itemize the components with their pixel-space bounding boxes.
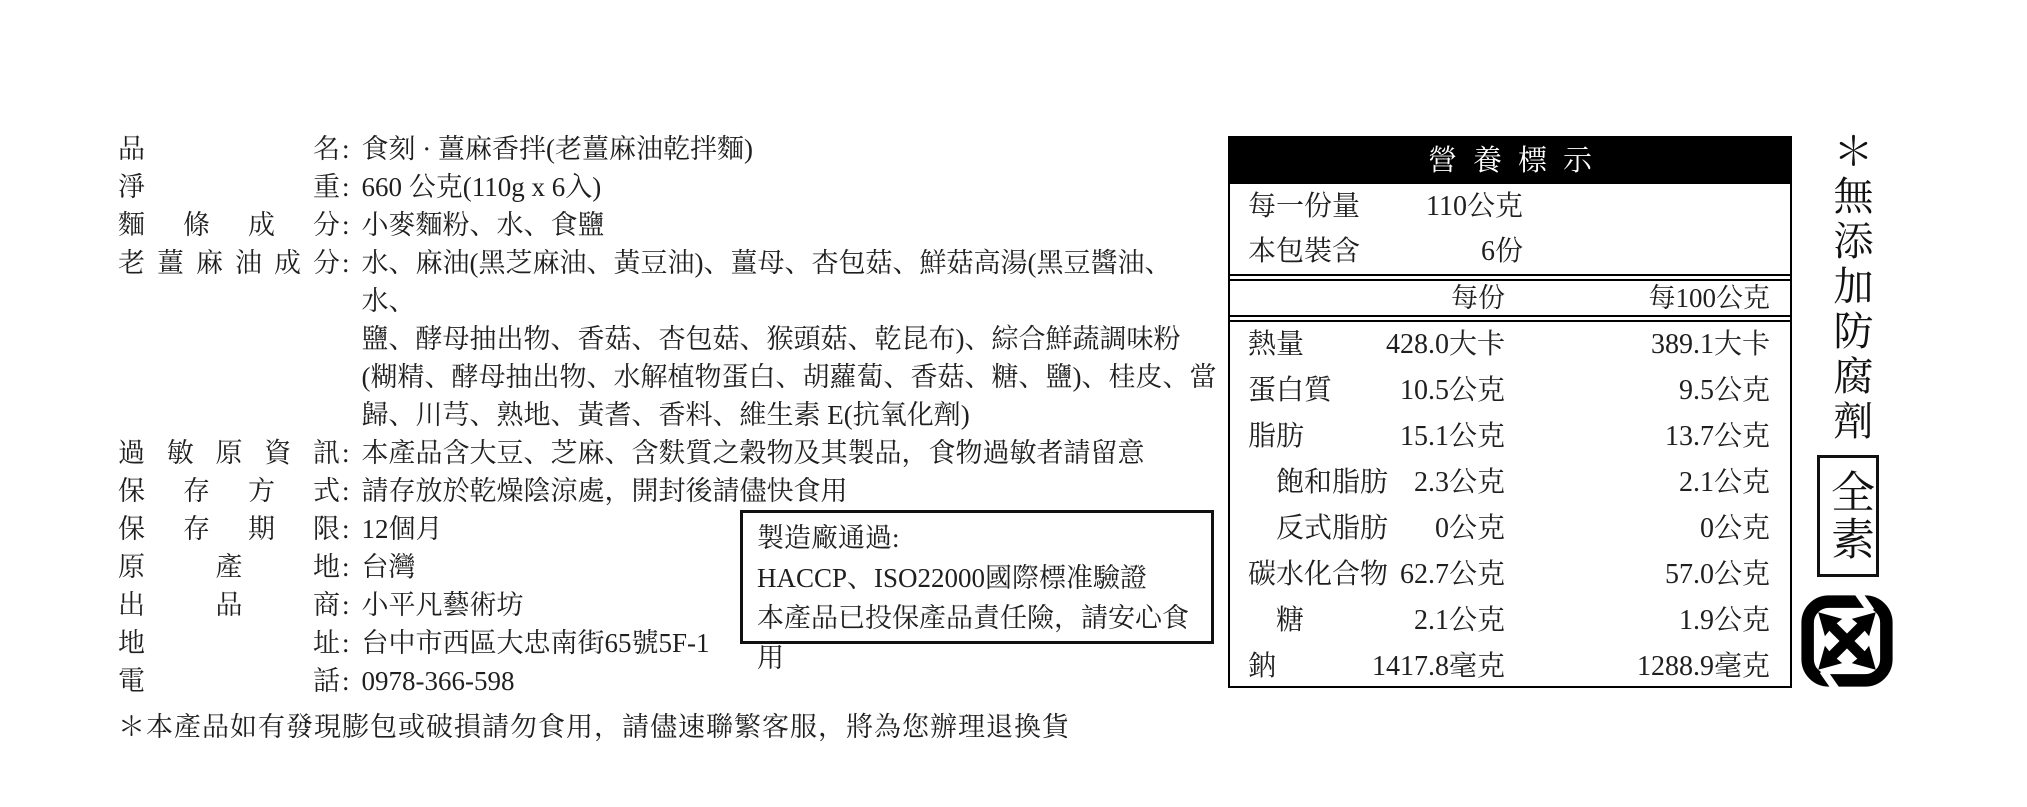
nutrient-per-serving: 62.7公克: [1400, 552, 1505, 598]
field-value: 台中市西區大忠南街65號5F-1: [362, 624, 710, 662]
field-value: 水、麻油(黑芝麻油、黃豆油)、薑母、杏包菇、鮮菇高湯(黑豆醬油、水、 鹽、酵母抽…: [362, 244, 1218, 434]
field-value: 台灣: [362, 548, 416, 586]
field-colon: :: [340, 434, 362, 472]
cert-line-standards: HACCP、ISO22000國際標准驗證: [757, 558, 1197, 598]
nutrient-per-serving: 15.1公克: [1400, 414, 1505, 460]
field-label: 麵條成分: [118, 206, 340, 244]
nutrient-per-100g: 0公克: [1700, 506, 1770, 552]
field-value: 請存放於乾燥陰涼處，開封後請儘快食用: [362, 472, 848, 510]
vegan-badge-text: 全素: [1816, 469, 1880, 563]
nutrient-per-100g: 13.7公克: [1665, 414, 1770, 460]
taiwan-recycling-icon: [1799, 593, 1895, 689]
field-colon: :: [340, 624, 362, 662]
nutrient-row-carbohydrate: 碳水化合物 62.7公克 57.0公克: [1230, 552, 1790, 598]
nutrition-title: 營養標示: [1230, 138, 1790, 184]
field-colon: :: [340, 244, 362, 282]
nutrient-name: 飽和脂肪: [1276, 460, 1388, 506]
col-header-per-serving: 每份: [1451, 281, 1505, 315]
col-header-per-100g: 每100公克: [1649, 281, 1771, 315]
field-label: 過敏原資訊: [118, 434, 340, 472]
field-colon: :: [340, 548, 362, 586]
field-value: 本產品含大豆、芝麻、含麩質之穀物及其製品，食物過敏者請留意: [362, 434, 1145, 472]
field-value: 12個月: [362, 510, 443, 548]
nutrient-per-serving: 1417.8毫克: [1372, 644, 1505, 690]
nutrient-name: 脂肪: [1248, 414, 1304, 460]
field-allergen-info: 過敏原資訊:本產品含大豆、芝麻、含麩質之穀物及其製品，食物過敏者請留意: [118, 434, 1218, 472]
nutrient-name: 糖: [1276, 598, 1304, 644]
field-value: 0978-366-598: [362, 662, 515, 700]
field-colon: :: [340, 130, 362, 168]
nutrient-per-100g: 57.0公克: [1665, 552, 1770, 598]
nutrition-table: 營養標示 每一份量 110公克 本包裝含 6份 每份 每100公克 熱量 428…: [1228, 136, 1792, 688]
servings-per-pack-label: 本包裝含: [1248, 229, 1360, 274]
field-net-weight: 淨重:660 公克(110g x 6入): [118, 168, 1218, 206]
table-divider: [1230, 315, 1790, 322]
field-colon: :: [340, 510, 362, 548]
field-label: 保存方式: [118, 472, 340, 510]
no-preservatives-claim: ＊無添加防腐劑: [1822, 130, 1879, 490]
nutrient-name: 熱量: [1248, 322, 1304, 368]
field-sauce-ingredients: 老薑麻油成分:水、麻油(黑芝麻油、黃豆油)、薑母、杏包菇、鮮菇高湯(黑豆醬油、水…: [118, 244, 1218, 434]
nutrient-per-100g: 389.1大卡: [1651, 322, 1770, 368]
cert-line-heading: 製造廠通過:: [757, 518, 1197, 558]
field-label: 保存期限: [118, 510, 340, 548]
field-label: 老薑麻油成分: [118, 244, 340, 282]
nutrient-row-fat: 脂肪 15.1公克 13.7公克: [1230, 414, 1790, 460]
field-label: 電話: [118, 662, 340, 700]
field-product-name: 品名:食刻 · 薑麻香拌(老薑麻油乾拌麵): [118, 130, 1218, 168]
nutrient-name: 反式脂肪: [1276, 506, 1388, 552]
field-colon: :: [340, 168, 362, 206]
nutrient-per-100g: 2.1公克: [1679, 460, 1770, 506]
servings-per-pack-value: 6份: [1481, 229, 1523, 274]
damage-warning-note: ＊本產品如有發現膨包或破損請勿食用，請儘速聯繁客服，將為您辦理退換貨: [118, 708, 1218, 746]
nutrient-row-trans-fat: 反式脂肪 0公克 0公克: [1230, 506, 1790, 552]
nutrient-per-100g: 1288.9毫克: [1637, 644, 1770, 690]
field-noodle-ingredients: 麵條成分:小麥麵粉、水、食鹽: [118, 206, 1218, 244]
nutrient-per-serving: 0公克: [1435, 506, 1505, 552]
field-value: 食刻 · 薑麻香拌(老薑麻油乾拌麵): [362, 130, 753, 168]
nutrient-name: 碳水化合物: [1248, 552, 1388, 598]
nutrient-row-protein: 蛋白質 10.5公克 9.5公克: [1230, 368, 1790, 414]
field-label: 地址: [118, 624, 340, 662]
field-label: 原產地: [118, 548, 340, 586]
nutrient-row-saturated-fat: 飽和脂肪 2.3公克 2.1公克: [1230, 460, 1790, 506]
field-label: 出品商: [118, 586, 340, 624]
nutrient-row-sodium: 鈉 1417.8毫克 1288.9毫克: [1230, 644, 1790, 690]
nutrient-row-calories: 熱量 428.0大卡 389.1大卡: [1230, 322, 1790, 368]
field-colon: :: [340, 206, 362, 244]
field-label: 品名: [118, 130, 340, 168]
field-storage-method: 保存方式:請存放於乾燥陰涼處，開封後請儘快食用: [118, 472, 1218, 510]
field-colon: :: [340, 662, 362, 700]
table-divider: [1230, 274, 1790, 281]
product-back-label: 品名:食刻 · 薑麻香拌(老薑麻油乾拌麵) 淨重:660 公克(110g x 6…: [0, 0, 2027, 807]
field-value: 小麥麵粉、水、食鹽: [362, 206, 605, 244]
cert-line-insurance: 本產品已投保產品責任險，請安心食用: [757, 598, 1197, 678]
vegan-badge: 全素: [1817, 455, 1879, 577]
nutrient-per-100g: 9.5公克: [1679, 368, 1770, 414]
nutrient-name: 蛋白質: [1248, 368, 1332, 414]
field-colon: :: [340, 472, 362, 510]
nutrient-row-sugar: 糖 2.1公克 1.9公克: [1230, 598, 1790, 644]
nutrient-per-serving: 10.5公克: [1400, 368, 1505, 414]
certification-box: 製造廠通過: HACCP、ISO22000國際標准驗證 本產品已投保產品責任險，…: [740, 510, 1214, 644]
nutrient-per-serving: 2.1公克: [1414, 598, 1505, 644]
field-value: 小平凡藝術坊: [362, 586, 524, 624]
field-colon: :: [340, 586, 362, 624]
nutrient-per-serving: 428.0大卡: [1386, 322, 1505, 368]
field-label: 淨重: [118, 168, 340, 206]
field-value: 660 公克(110g x 6入): [362, 168, 602, 206]
serving-size-row: 每一份量 110公克: [1230, 184, 1790, 229]
nutrient-per-100g: 1.9公克: [1679, 598, 1770, 644]
nutrient-per-serving: 2.3公克: [1414, 460, 1505, 506]
nutrient-name: 鈉: [1248, 644, 1276, 690]
serving-size-value: 110公克: [1426, 184, 1523, 229]
column-header-row: 每份 每100公克: [1230, 281, 1790, 315]
servings-per-pack-row: 本包裝含 6份: [1230, 229, 1790, 274]
serving-size-label: 每一份量: [1248, 184, 1360, 229]
